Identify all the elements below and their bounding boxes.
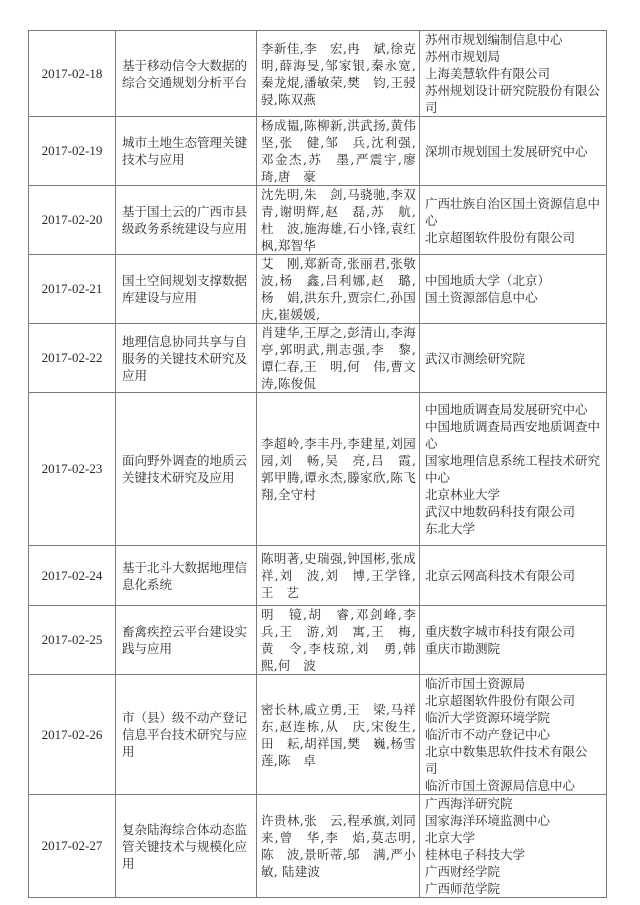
project-title-cell: 城市土地生态管理关键技术与应用 <box>116 117 257 186</box>
personnel-names: 杨成韫,陈柳新,洪武扬,黄伟坚,张 健,邹 兵,沈利强,邓金杰,苏 墨,严震宇,… <box>261 117 416 185</box>
organization-name: 北京云网高科技术有限公司 <box>425 567 603 584</box>
organization-name: 广西财经学院 <box>425 863 603 880</box>
organization-name: 临沂市不动产登记中心 <box>425 726 603 743</box>
personnel-names: 密长林,戚立勇,王 梁,马祥东,赵连栋,从 庆,宋俊生,田 耘,胡祥国,樊 巍,… <box>261 701 416 769</box>
personnel-names: 许贵林,张 云,程承旗,刘同来,曾 华,李 焰,莫志明,陈 波,景昕蒂,邬 满,… <box>261 812 416 880</box>
organizations-cell: 广西壮族自治区国土资源信息中心北京超图软件股份有限公司 <box>420 186 607 255</box>
organization-name: 广西壮族自治区国土资源信息中心 <box>425 195 603 229</box>
organizations-cell: 深圳市规划国土发展研究中心 <box>420 117 607 186</box>
personnel-names: 明 镜,胡 睿,邓剑峰,李 兵,王 游,刘 寓,王 梅,黄 令,李枝琼,刘 勇,… <box>261 606 416 674</box>
table-row: 2017-02-25 畜禽疾控云平台建设实践与应用 明 镜,胡 睿,邓剑峰,李 … <box>29 606 607 675</box>
project-title-cell: 基于北斗大数据地理信息化系统 <box>116 546 257 606</box>
personnel-names: 陈明著,史瑞强,钟国彬,张成祥,刘 波,刘 博,王学锋,王 艺 <box>261 550 416 601</box>
personnel-names: 李超岭,李丰丹,李建星,刘园园,刘 畅,吴 亮,吕 霞,郭甲腾,谭永杰,滕家欣,… <box>261 435 416 503</box>
project-title-cell: 畜禽疾控云平台建设实践与应用 <box>116 606 257 675</box>
personnel-names: 肖建华,王厚之,彭清山,李海亭,郭明武,荆志强,李 黎,谭仁春,王 明,何 伟,… <box>261 324 416 392</box>
organization-name: 深圳市规划国土发展研究中心 <box>425 143 603 160</box>
table-row: 2017-02-18 基于移动信令大数据的综合交通规划分析平台 李新佳,李 宏,… <box>29 31 607 117</box>
table-row: 2017-02-21 国土空间规划支撑数据库建设与应用 艾 刚,郑新奇,张丽君,… <box>29 255 607 324</box>
organization-name: 北京超图软件股份有限公司 <box>425 229 603 246</box>
date-cell: 2017-02-19 <box>29 117 116 186</box>
organization-name: 东北大学 <box>425 520 603 537</box>
project-title-cell: 复杂陆海综合体动态监管关键技术与规模化应用 <box>116 795 257 898</box>
organization-name: 重庆市勘测院 <box>425 640 603 657</box>
project-title-cell: 基于移动信令大数据的综合交通规划分析平台 <box>116 31 257 117</box>
table-row: 2017-02-27 复杂陆海综合体动态监管关键技术与规模化应用 许贵林,张 云… <box>29 795 607 898</box>
organization-name: 临沂市国土资源局信息中心 <box>425 777 603 794</box>
organizations-cell: 武汉市测绘研究院 <box>420 324 607 393</box>
table-row: 2017-02-22 地理信息协同共享与自服务的关键技术研究及应用 肖建华,王厚… <box>29 324 607 393</box>
organization-name: 国家海洋环境监测中心 <box>425 812 603 829</box>
personnel-cell: 李超岭,李丰丹,李建星,刘园园,刘 畅,吴 亮,吕 霞,郭甲腾,谭永杰,滕家欣,… <box>257 393 420 546</box>
organization-name: 国家地理信息系统工程技术研究中心 <box>425 452 603 486</box>
date-cell: 2017-02-22 <box>29 324 116 393</box>
organization-name: 临沂市国土资源局 <box>425 675 603 692</box>
personnel-names: 沈先明,朱 剑,马骁驰,李双青,谢明辉,赵 磊,苏 航,杜 波,施海雄,石小锋,… <box>261 186 416 254</box>
table-row: 2017-02-20 基于国土云的广西市县级政务系统建设与应用 沈先明,朱 剑,… <box>29 186 607 255</box>
table-row: 2017-02-19 城市土地生态管理关键技术与应用 杨成韫,陈柳新,洪武扬,黄… <box>29 117 607 186</box>
date-cell: 2017-02-27 <box>29 795 116 898</box>
personnel-cell: 明 镜,胡 睿,邓剑峰,李 兵,王 游,刘 寓,王 梅,黄 令,李枝琼,刘 勇,… <box>257 606 420 675</box>
table-row: 2017-02-23 面向野外调查的地质云关键技术研究及应用 李超岭,李丰丹,李… <box>29 393 607 546</box>
organization-name: 苏州市规划局 <box>425 48 603 65</box>
organization-name: 武汉中地数码科技有限公司 <box>425 503 603 520</box>
organizations-cell: 北京云网高科技术有限公司 <box>420 546 607 606</box>
organizations-cell: 重庆数字城市科技有限公司重庆市勘测院 <box>420 606 607 675</box>
organization-name: 苏州规划设计研究院股份有限公司 <box>425 82 603 116</box>
organization-name: 广西师范学院 <box>425 880 603 897</box>
organization-name: 中国地质调查局西安地质调查中心 <box>425 418 603 452</box>
organization-name: 苏州市规划编制信息中心 <box>425 31 603 48</box>
personnel-cell: 肖建华,王厚之,彭清山,李海亭,郭明武,荆志强,李 黎,谭仁春,王 明,何 伟,… <box>257 324 420 393</box>
personnel-names: 李新佳,李 宏,冉 斌,徐克明,薛海旻,邹家银,秦永宽,秦龙焜,潘敏荣,樊 钧,… <box>261 40 416 108</box>
organization-name: 桂林电子科技大学 <box>425 846 603 863</box>
organizations-cell: 广西海洋研究院国家海洋环境监测中心北京大学桂林电子科技大学广西财经学院广西师范学… <box>420 795 607 898</box>
organizations-cell: 苏州市规划编制信息中心苏州市规划局上海美慧软件有限公司苏州规划设计研究院股份有限… <box>420 31 607 117</box>
date-cell: 2017-02-18 <box>29 31 116 117</box>
organization-name: 北京超图软件股份有限公司 <box>425 692 603 709</box>
personnel-cell: 李新佳,李 宏,冉 斌,徐克明,薛海旻,邹家银,秦永宽,秦龙焜,潘敏荣,樊 钧,… <box>257 31 420 117</box>
project-title-cell: 基于国土云的广西市县级政务系统建设与应用 <box>116 186 257 255</box>
personnel-cell: 艾 刚,郑新奇,张丽君,张敬波,杨 鑫,吕利娜,赵 璐,杨 娟,洪东升,贾宗仁,… <box>257 255 420 324</box>
organization-name: 北京中数集思软件技术有限公 司 <box>425 743 603 777</box>
organization-name: 中国地质大学（北京） <box>425 272 603 289</box>
organizations-cell: 中国地质大学（北京）国土资源部信息中心 <box>420 255 607 324</box>
personnel-cell: 密长林,戚立勇,王 梁,马祥东,赵连栋,从 庆,宋俊生,田 耘,胡祥国,樊 巍,… <box>257 675 420 795</box>
organization-name: 广西海洋研究院 <box>425 795 603 812</box>
organization-name: 北京林业大学 <box>425 486 603 503</box>
organizations-cell: 中国地质调查局发展研究中心中国地质调查局西安地质调查中心国家地理信息系统工程技术… <box>420 393 607 546</box>
personnel-names: 艾 刚,郑新奇,张丽君,张敬波,杨 鑫,吕利娜,赵 璐,杨 娟,洪东升,贾宗仁,… <box>261 255 416 323</box>
organization-name: 武汉市测绘研究院 <box>425 350 603 367</box>
organization-name: 国土资源部信息中心 <box>425 289 603 306</box>
organization-name: 上海美慧软件有限公司 <box>425 65 603 82</box>
personnel-cell: 沈先明,朱 剑,马骁驰,李双青,谢明辉,赵 磊,苏 航,杜 波,施海雄,石小锋,… <box>257 186 420 255</box>
date-cell: 2017-02-20 <box>29 186 116 255</box>
organization-name: 临沂大学资源环境学院 <box>425 709 603 726</box>
organization-name: 中国地质调查局发展研究中心 <box>425 401 603 418</box>
date-cell: 2017-02-21 <box>29 255 116 324</box>
project-title-cell: 地理信息协同共享与自服务的关键技术研究及应用 <box>116 324 257 393</box>
organizations-cell: 临沂市国土资源局北京超图软件股份有限公司临沂大学资源环境学院临沂市不动产登记中心… <box>420 675 607 795</box>
date-cell: 2017-02-26 <box>29 675 116 795</box>
table-row: 2017-02-26 市（县）级不动产登记信息平台技术研究与应用 密长林,戚立勇… <box>29 675 607 795</box>
project-title-cell: 国土空间规划支撑数据库建设与应用 <box>116 255 257 324</box>
date-cell: 2017-02-24 <box>29 546 116 606</box>
organization-name: 重庆数字城市科技有限公司 <box>425 623 603 640</box>
project-title-cell: 面向野外调查的地质云关键技术研究及应用 <box>116 393 257 546</box>
date-cell: 2017-02-23 <box>29 393 116 546</box>
personnel-cell: 陈明著,史瑞强,钟国彬,张成祥,刘 波,刘 博,王学锋,王 艺 <box>257 546 420 606</box>
awards-table-body: 2017-02-18 基于移动信令大数据的综合交通规划分析平台 李新佳,李 宏,… <box>29 31 607 898</box>
awards-table: 2017-02-18 基于移动信令大数据的综合交通规划分析平台 李新佳,李 宏,… <box>28 30 607 898</box>
table-row: 2017-02-24 基于北斗大数据地理信息化系统 陈明著,史瑞强,钟国彬,张成… <box>29 546 607 606</box>
date-cell: 2017-02-25 <box>29 606 116 675</box>
personnel-cell: 杨成韫,陈柳新,洪武扬,黄伟坚,张 健,邹 兵,沈利强,邓金杰,苏 墨,严震宇,… <box>257 117 420 186</box>
project-title-cell: 市（县）级不动产登记信息平台技术研究与应用 <box>116 675 257 795</box>
personnel-cell: 许贵林,张 云,程承旗,刘同来,曾 华,李 焰,莫志明,陈 波,景昕蒂,邬 满,… <box>257 795 420 898</box>
organization-name: 北京大学 <box>425 829 603 846</box>
